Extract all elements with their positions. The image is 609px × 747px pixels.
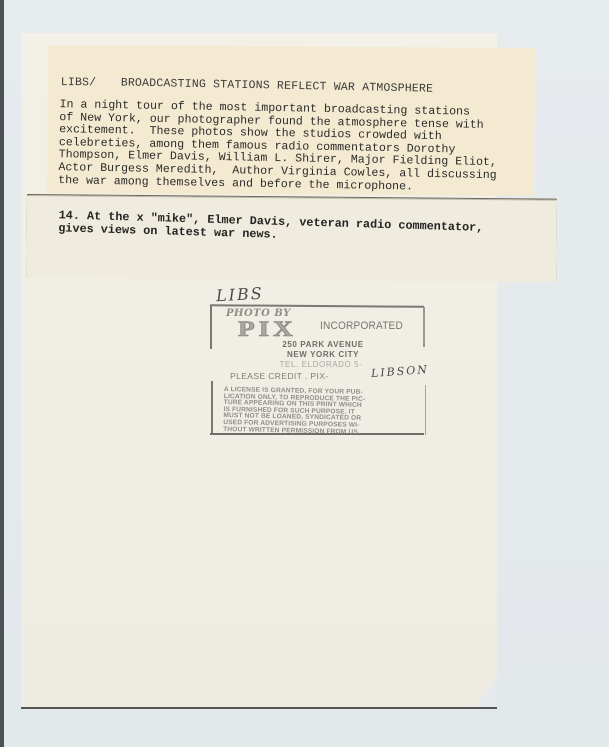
caption-clipping: 14. At the x "mike", Elmer Davis, vetera… [26, 195, 557, 283]
press-release-clipping: LIBS/BROADCASTING STATIONS REFLECT WAR A… [47, 45, 535, 196]
stamp-address-street: 250 PARK AVENUE [216, 340, 430, 349]
stamp-license-text: A LICENSE IS GRANTED, FOR YOUR PUB- LICA… [223, 387, 420, 437]
stamp-border-left [210, 305, 212, 349]
caption-text: 14. At the x "mike", Elmer Davis, vetera… [58, 209, 483, 247]
slug: LIBS/ [61, 76, 121, 89]
stamp-agency-logo: PIX [238, 316, 297, 342]
stamp-border-right-lower [425, 385, 426, 435]
stamp-credit-line: PLEASE CREDIT . PIX- [230, 371, 329, 381]
stamp-agency-suffix: INCORPORATED [320, 320, 403, 332]
bent-corner [475, 677, 497, 707]
stamp-border-left-lower [211, 381, 213, 435]
stamp-address-city: NEW YORK CITY [216, 350, 430, 359]
handwritten-libs-note: LIBS [216, 284, 265, 305]
slug-headline-line: LIBS/BROADCASTING STATIONS REFLECT WAR A… [61, 76, 434, 91]
headline: BROADCASTING STATIONS REFLECT WAR ATMOSP… [121, 76, 434, 95]
press-release-body: In a night tour of the most important br… [58, 99, 530, 196]
